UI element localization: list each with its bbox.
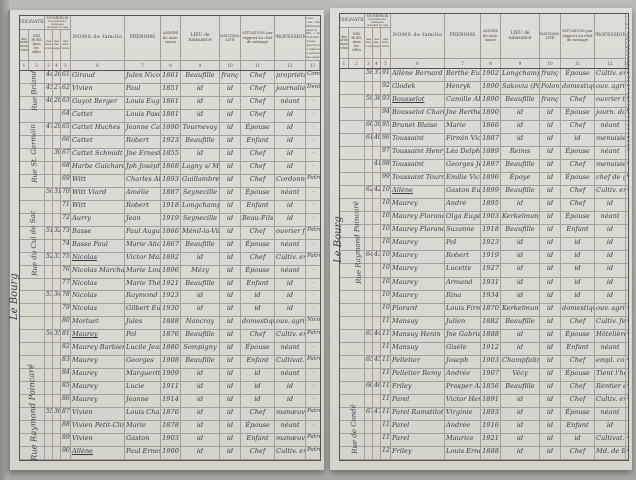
cell-pre: Louis Firmin [445,304,481,317]
cell-n3: 76 [61,266,71,279]
cell-n1 [45,434,53,447]
cell-pre: Louis Charles [125,408,161,421]
cell-pre: Marie [125,421,161,434]
cell-designation [340,304,365,317]
cell-n3: 85 [61,382,71,395]
cell-n3: 105 [381,251,391,264]
cell-lieu: id [181,434,220,447]
cell-nat: id [540,108,561,121]
cell-nom: Vivien [71,84,125,97]
cell-n2 [53,382,61,395]
cell-n2 [373,421,381,434]
cell-designation [20,266,45,279]
cell-pre: Julien [445,317,481,330]
cell-nom: Maurey [391,291,445,304]
cell-designation [20,356,45,369]
cell-n3: 97 [381,147,391,160]
cell-pre: Henryk [445,82,481,95]
cell-prof: menuisier [595,160,626,173]
cell-designation [340,264,365,277]
cell-pre: Lucile Jeanne [125,343,161,356]
cell-n2 [53,395,61,408]
cell-nom: Maurey [391,238,445,251]
cell-sit: Chef [561,121,595,134]
cell-sit: Enfant [561,225,595,238]
cell-nat: franç [220,71,241,84]
cell-n2: 35 [53,330,61,343]
cell-obs: Patron [306,434,320,447]
cell-lieu: id [501,278,540,291]
header-profession: PROFESSION [595,14,626,59]
cell-nat: id [540,434,561,447]
cell-lieu: Longchamps [501,69,540,82]
cell-n1 [45,162,53,175]
cell-sit: Épouse [561,147,595,160]
cell-prof: id [275,149,306,162]
column-number: 5 [381,59,391,68]
header-numeros-subtitle: des maisons, ménages (suivant le cas) [46,20,69,30]
cell-pre: Marie Louise [125,266,161,279]
cell-prof: journ. domest. [595,108,626,121]
cell-designation [20,330,45,343]
cell-n3: 112 [381,343,391,356]
table-row: 523375NicolasVictor Marcel1892ididChefCu… [20,253,320,266]
cell-prof: id [595,278,626,291]
cell-n1: 53 [45,291,53,304]
cell-designation [340,225,365,238]
cell-sit: Chef [561,317,595,330]
cell-an: 1866 [481,121,501,134]
cell-pre: Robert [125,136,161,149]
cell-lieu: id [181,369,220,382]
cell-an: 1893 [481,408,501,421]
cell-lieu: Guillambre [181,175,220,188]
cell-nom: Morluet [71,317,125,330]
cell-nom: Witt [71,175,125,188]
cell-sit: id [241,304,275,317]
cell-n2: 45 [373,356,381,369]
cell-designation [20,317,45,330]
cell-pre: Andrée [445,421,481,434]
cell-prof: id [275,123,306,136]
cell-an: 1882 [481,317,501,330]
cell-prof: manœuvre [275,408,306,421]
cell-prof: id [275,162,306,175]
cell-sit: Chef [241,162,275,175]
table-row: 442661GiraudJules Nicolas1861Beaufillefr… [20,71,320,84]
cell-lieu: Kerkelmunt [501,304,540,317]
cell-n2 [373,264,381,277]
cell-nat: id [220,434,241,447]
cell-sit: Chef [561,95,595,108]
cell-n3: 68 [61,162,71,175]
cell-sit: Chef [561,186,595,199]
table-row: 452762VivienPaul1851ididChefjournalierDe… [20,84,320,97]
column-number: 4 [373,59,381,68]
cell-prof: id [595,225,626,238]
cell-nom: Vivien [71,434,125,447]
cell-n2: 27 [53,84,61,97]
cell-an: 1923 [161,136,181,149]
cell-obs: . [306,136,320,149]
table-row: 90AllènePaul Ernest1900ididChefCultiv. e… [20,447,320,460]
cell-n1 [45,317,53,330]
cell-prof: id [595,199,626,212]
cell-pre: Gaston Eugène [445,186,481,199]
cell-designation [340,238,365,251]
table-row: 74Basse PaulMarie Alice1867BeaufilleidÉp… [20,240,320,253]
cell-lieu: id [501,238,540,251]
cell-n3: 86 [61,395,71,408]
cell-prof: id [275,201,306,214]
cell-sit: id [561,434,595,447]
cell-nom: Maurey [391,278,445,291]
cell-lieu: id [181,421,220,434]
cell-designation [20,201,45,214]
cell-obs: Patron [306,330,320,343]
cell-prof: id [275,304,306,317]
cell-lieu: Beaufille [181,279,220,292]
cell-pre: Jne Ernestine [125,149,161,162]
cell-n3: 104 [381,238,391,251]
cell-n3: 111 [381,330,391,343]
cell-pre: Paul [125,84,161,97]
cell-lieu: Mézy [181,266,220,279]
table-row: 72AurryJean1919SeynecilleidBeau-Filsid. [20,214,320,227]
cell-nat: Polon. [540,82,561,95]
cell-n3: 101 [381,199,391,212]
cell-obs: Patron [306,408,320,421]
cell-sit: Chef [241,227,275,240]
cell-designation [20,382,45,395]
column-number: 5 [61,61,71,70]
cell-designation [20,175,45,188]
cell-designation [20,136,45,149]
cell-sit: id [561,251,595,264]
cell-nom: Florard [391,304,445,317]
cell-obs: . [626,121,628,134]
cell-an: 1931 [481,278,501,291]
cell-n3: 103 [381,225,391,238]
cell-nat: id [220,369,241,382]
cell-n1 [45,421,53,434]
header-lieu: LIEU de naissance [181,16,220,61]
cell-n1: 60 [365,121,373,134]
cell-n2 [373,395,381,408]
cell-obs: Patron [306,356,320,369]
cell-pre: Jean [125,214,161,227]
cell-prof: menuisier [595,134,626,147]
cell-designation [340,317,365,330]
cell-nat: id [220,447,241,460]
cell-n2 [53,162,61,175]
header-num-menages: des mé- nages [373,28,381,59]
cell-nat: id [220,266,241,279]
cell-sit: id [561,134,595,147]
cell-prof: Md. de Bois [595,447,626,460]
cell-prof: id [275,279,306,292]
cell-sit: Enfant [561,421,595,434]
cell-designation [340,278,365,291]
cell-nat: id [220,162,241,175]
cell-lieu: Beaufille [501,225,540,238]
cell-prof: néant [595,212,626,225]
cell-n1 [45,395,53,408]
cell-pre: Prosper Alexandre [445,382,481,395]
cell-designation [20,149,45,162]
cell-designation [340,356,365,369]
cell-prof: néant [595,121,626,134]
cell-n3: 109 [381,304,391,317]
cell-an: 1902 [481,69,501,82]
cell-nat: id [540,186,561,199]
cell-designation [340,343,365,356]
cell-nom: Nicolas Marchal [71,266,125,279]
cell-sit: Enfant [561,343,595,356]
cell-pre: Jph Joséphine [125,162,161,175]
cell-sit: id [241,369,275,382]
cell-nom: Nicolas [71,253,125,266]
cell-designation [20,84,45,97]
cell-obs: Patron [626,395,628,408]
cell-designation [340,160,365,173]
cell-designation [340,134,365,147]
cell-prof: néant [595,408,626,421]
cell-pre: Pol [445,238,481,251]
cell-n2: 31 [53,188,61,201]
cell-nom: Vivien [71,408,125,421]
header-observations: Pour les patrons, chefs d'établissement,… [306,16,320,61]
header-designation: DÉSIGNATION [20,16,45,30]
cell-prof: Cultivat. [275,356,306,369]
column-number: 11 [241,61,275,70]
column-number: 10 [540,59,561,68]
cell-n2 [373,199,381,212]
cell-n2 [373,108,381,121]
cell-n3: 102 [381,212,391,225]
cell-prof: id [275,395,306,408]
cell-lieu: id [181,408,220,421]
cell-designation [340,199,365,212]
cell-lieu: Seynecille [181,214,220,227]
cell-pre: Joseph [445,356,481,369]
table-row: 3067Cattet SchmidtJne Ernestine1855ididC… [20,149,320,162]
cell-obs: Maurey André [626,304,628,317]
cell-nat: id [220,304,241,317]
cell-n1 [45,149,53,162]
cell-nat: id [540,408,561,421]
cell-designation [20,253,45,266]
cell-an: 1888 [481,330,501,343]
cell-n1: 62 [365,186,373,199]
cell-obs: . [626,212,628,225]
cell-sit: Chef [241,330,275,343]
cell-sit: Chef [561,395,595,408]
cell-n2 [53,240,61,253]
table-row: 6344111Mansuy HeninJne Gabrielle1888idid… [340,330,628,343]
cell-n3: 77 [61,279,71,292]
table-row: 116ParelVictor Henry1891ididChefCultiv. … [340,395,628,408]
cell-an: 1892 [161,253,181,266]
cell-lieu: Beaufille [181,330,220,343]
cell-nom: Cattet Huches [71,123,125,136]
cell-designation [340,173,365,186]
cell-nat: id [540,251,561,264]
cell-lieu: Sakovia (Pologne) [501,82,540,95]
header-num-individus: des indi- vidus [61,30,71,61]
cell-an: 1889 [481,147,501,160]
column-number: 12 [595,59,626,68]
cell-n2: 30 [53,149,61,162]
cell-n2: 29 [53,123,61,136]
cell-pre: Virginie [445,408,481,421]
cell-lieu: id [501,421,540,434]
cell-an: 1890 [161,123,181,136]
cell-n2: 34 [53,291,61,304]
cell-nom: Maurey [71,382,125,395]
cell-designation [340,434,365,447]
cell-prof: néant [275,343,306,356]
header-noms: NOMS de famille [71,16,125,61]
cell-obs: . [306,214,320,227]
cell-designation [340,69,365,82]
cell-n3: 88 [61,421,71,434]
column-number: 12 [275,61,306,70]
cell-n1 [365,82,373,95]
table-row: 6646115FrileyProsper Alexandre1856Beaufi… [340,382,628,395]
cell-lieu: Beaufille [501,95,540,108]
cell-an: 1888 [481,447,501,460]
cell-lieu: id [181,395,220,408]
cell-pre: Pol [125,330,161,343]
cell-n1 [45,240,53,253]
table-row: 102Maurey FlorandOlga Eugénie1903Kerkelm… [340,212,628,225]
cell-an: 1918 [481,225,501,238]
cell-n2 [373,291,381,304]
cell-n3: 108 [381,291,391,304]
cell-sit: Enfant [241,136,275,149]
cell-nom: Maurey [391,199,445,212]
cell-pre: Marie [445,121,481,134]
cell-obs: Patron [626,317,628,330]
table-row: 68Harbe GuichardJph Joséphine1868Lagny s… [20,162,320,175]
table-row: 103Maurey FlorandSuzanne1918BeaufilleidE… [340,225,628,238]
cell-lieu: Ménil-la-Ville [181,227,220,240]
cell-lieu: id [501,434,540,447]
cell-nat: id [220,110,241,123]
cell-nat: id [220,84,241,97]
cell-obs: . [626,147,628,160]
cell-pre: Maurice [445,434,481,447]
cell-prof: néant [275,188,306,201]
cell-sit: Chef [561,160,595,173]
cell-prof: chef de gare [595,173,626,186]
cell-pre: Jules [125,317,161,330]
header-nationalite: NATIONA- LITÉ [540,14,561,59]
cell-n3: 87 [61,408,71,421]
column-number: 1 [340,59,349,68]
cell-designation [340,121,365,134]
cell-designation [20,343,45,356]
cell-nom: Parel [391,434,445,447]
table-row: 6545113PelletierJoseph1903ChampfaitreidC… [340,356,628,369]
cell-obs: Patron [626,95,628,108]
cell-lieu: id [501,343,540,356]
cell-nom: Nicolas [71,304,125,317]
cell-an: 1876 [161,330,181,343]
cell-designation [340,186,365,199]
column-number: 8 [481,59,501,68]
cell-n2 [53,434,61,447]
table-row: 85MaureyLucie1911idididid. [20,382,320,395]
cell-nom: Allène [391,186,445,199]
cell-an: 1861 [161,71,181,84]
cell-nat: id [540,225,561,238]
cell-obs: . [626,369,628,382]
cell-lieu: id [181,110,220,123]
cell-pre: Victor Marcel [125,253,161,266]
cell-obs: Chef de famille [626,108,628,121]
cell-nat: id [220,136,241,149]
table-row: 80MorluetJules1888Nancrayiddomestiqueouv… [20,317,320,330]
cell-n2 [53,356,61,369]
cell-n1 [365,108,373,121]
cell-obs: . [306,382,320,395]
cell-an: 1866 [161,227,181,240]
cell-n3: 110 [381,317,391,330]
cell-nom: Cattet Schmidt [71,149,125,162]
cell-nom: Pelletier [391,356,445,369]
cell-lieu: id [501,447,540,460]
cell-pre: Louis Pascal [125,110,161,123]
table-row: 503170Witt ViardAmélie1887SeynecilleidÉp… [20,188,320,201]
table-body-wrap: 583791Allène BernardBerthe Eugénie1902Lo… [340,69,628,460]
cell-lieu: Nancray [181,317,220,330]
cell-lieu: id [181,84,220,97]
cell-sit: Épouse [561,330,595,343]
cell-prof: Cultiv. expl. [275,330,306,343]
cell-prof: manœuvre [275,434,306,447]
cell-nat: id [220,382,241,395]
cell-designation [20,408,45,421]
cell-n3: 89 [61,434,71,447]
cell-designation [340,212,365,225]
cell-n3: 113 [381,356,391,369]
cell-designation [20,227,45,240]
cell-n1 [45,447,53,460]
column-number: 4 [53,61,61,70]
cell-n2 [373,369,381,382]
table-row: 118ParelAndrée1916ididEnfantid. [340,421,628,434]
cell-an: 1893 [161,175,181,188]
cell-nat: id [220,408,241,421]
cell-pre: Paul Auguste [125,227,161,240]
cell-nom: Mansuy [391,317,445,330]
cell-nom: Maurey Florand [391,212,445,225]
cell-obs: Patron [306,175,320,188]
cell-nat: id [540,369,561,382]
cell-n1: 51 [45,227,53,240]
cell-n2 [373,278,381,291]
cell-nat: id [220,214,241,227]
cell-nom: Maurey [71,356,125,369]
cell-an: 1851 [161,84,181,97]
table-row: 614096ToussaintFirmin Victor1887idididme… [340,134,628,147]
cell-prof: néant [275,266,306,279]
cell-sit: domestique [561,304,595,317]
header-designation-rues: DES RUES dans les villes [29,30,45,61]
cell-prof: journalier [275,84,306,97]
